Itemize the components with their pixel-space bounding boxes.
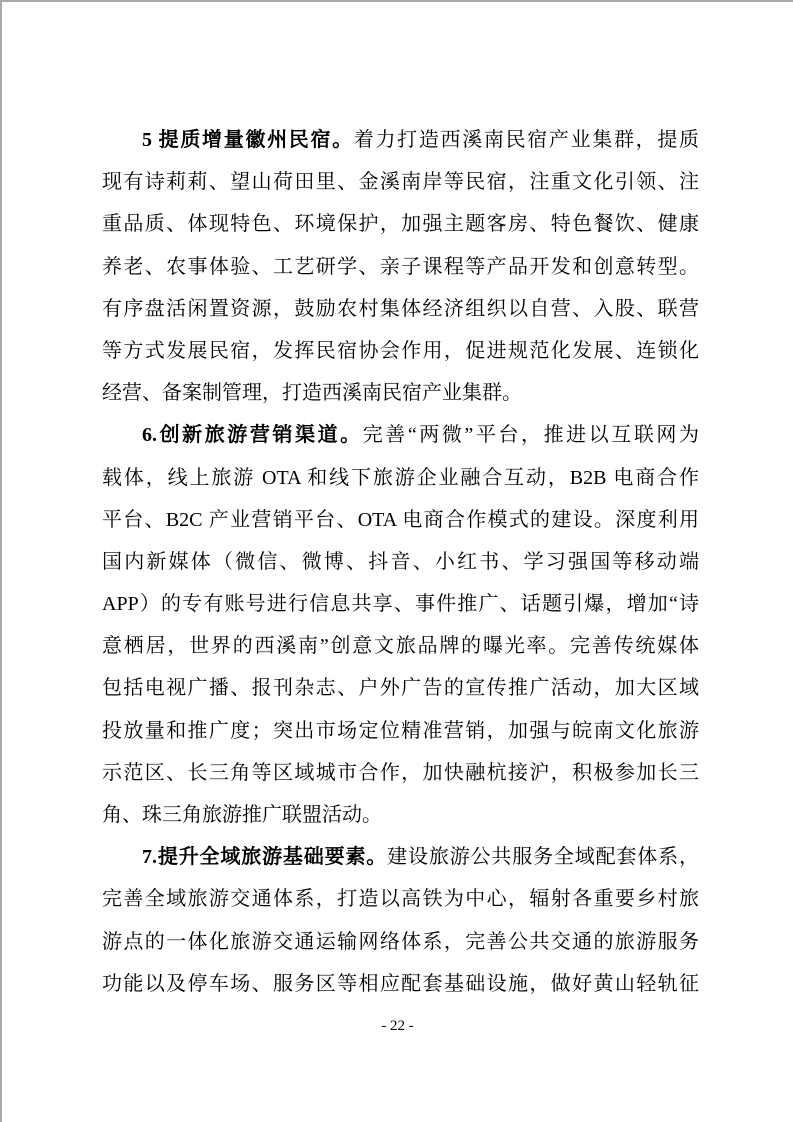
- line-text: 重品质、体现特色、环境保护，加强主题客房、特色餐饮、健康: [102, 213, 699, 235]
- text-line: 游点的一体化旅游交通运输网络体系，完善公共交通的旅游服务: [102, 921, 699, 963]
- text-line: 经营、备案制管理，打造西溪南民宿产业集群。: [102, 372, 699, 414]
- text-line: 重品质、体现特色、环境保护，加强主题客房、特色餐饮、健康: [102, 203, 699, 245]
- line-text: 游点的一体化旅游交通运输网络体系，完善公共交通的旅游服务: [102, 931, 699, 953]
- text-line: 6.创新旅游营销渠道。完善“两微”平台，推进以互联网为: [102, 414, 699, 456]
- line-text: 角、珠三角旅游推广联盟活动。: [102, 804, 382, 826]
- paragraph-7-heading: 7.提升全域旅游基础要素。: [142, 846, 387, 868]
- paragraph-6-heading: 6.创新旅游营销渠道。: [142, 424, 363, 446]
- line-text: 投放量和推广度；突出市场定位精准营销，加强与皖南文化旅游: [102, 720, 699, 742]
- line-text: 有序盘活闲置资源，鼓励农村集体经济组织以自营、入股、联营: [102, 298, 699, 320]
- line-text: 完善全域旅游交通体系，打造以高铁为中心，辐射各重要乡村旅: [102, 888, 699, 910]
- page-number: - 22 -: [2, 1016, 793, 1036]
- text-line: 7.提升全域旅游基础要素。建设旅游公共服务全域配套体系，: [102, 836, 699, 878]
- line-text: 养老、农事体验、工艺研学、亲子课程等产品开发和创意转型。: [102, 256, 699, 278]
- line-text: 功能以及停车场、服务区等相应配套基础设施，做好黄山轻轨征: [102, 973, 699, 995]
- text-line: 功能以及停车场、服务区等相应配套基础设施，做好黄山轻轨征: [102, 963, 699, 1005]
- text-line: 载体，线上旅游 OTA 和线下旅游企业融合互动，B2B 电商合作: [102, 457, 699, 499]
- text-line: 5 提质增量徽州民宿。着力打造西溪南民宿产业集群，提质: [102, 119, 699, 161]
- text-line: 完善全域旅游交通体系，打造以高铁为中心，辐射各重要乡村旅: [102, 878, 699, 920]
- text-line: 角、珠三角旅游推广联盟活动。: [102, 794, 699, 836]
- text-line: APP）的专有账号进行信息共享、事件推广、话题引爆，增加“诗: [102, 583, 699, 625]
- text-line: 投放量和推广度；突出市场定位精准营销，加强与皖南文化旅游: [102, 710, 699, 752]
- text-line: 国内新媒体（微信、微博、抖音、小红书、学习强国等移动端: [102, 541, 699, 583]
- document-text-block: 5 提质增量徽州民宿。着力打造西溪南民宿产业集群，提质 现有诗莉莉、望山荷田里、…: [102, 119, 699, 1005]
- line-text: 示范区、长三角等区域城市合作，加快融杭接沪，积极参加长三: [102, 762, 699, 784]
- line-text: 着力打造西溪南民宿产业集群，提质: [354, 129, 699, 151]
- text-line: 示范区、长三角等区域城市合作，加快融杭接沪，积极参加长三: [102, 752, 699, 794]
- line-text: 意栖居，世界的西溪南”创意文旅品牌的曝光率。完善传统媒体: [102, 635, 699, 657]
- text-line: 等方式发展民宿，发挥民宿协会作用，促进规范化发展、连锁化: [102, 330, 699, 372]
- text-line: 养老、农事体验、工艺研学、亲子课程等产品开发和创意转型。: [102, 246, 699, 288]
- line-text: 经营、备案制管理，打造西溪南民宿产业集群。: [102, 382, 522, 404]
- text-line: 平台、B2C 产业营销平台、OTA 电商合作模式的建设。深度利用: [102, 499, 699, 541]
- line-text: 建设旅游公共服务全域配套体系，: [387, 846, 699, 868]
- text-line: 意栖居，世界的西溪南”创意文旅品牌的曝光率。完善传统媒体: [102, 625, 699, 667]
- line-text: 完善“两微”平台，推进以互联网为: [363, 424, 699, 446]
- document-page: 5 提质增量徽州民宿。着力打造西溪南民宿产业集群，提质 现有诗莉莉、望山荷田里、…: [0, 0, 793, 1122]
- line-text: 国内新媒体（微信、微博、抖音、小红书、学习强国等移动端: [102, 551, 699, 573]
- text-line: 有序盘活闲置资源，鼓励农村集体经济组织以自营、入股、联营: [102, 288, 699, 330]
- line-text: 包括电视广播、报刊杂志、户外广告的宣传推广活动，加大区域: [102, 677, 699, 699]
- line-text: 现有诗莉莉、望山荷田里、金溪南岸等民宿，注重文化引领、注: [102, 171, 699, 193]
- paragraph-5-heading: 5 提质增量徽州民宿。: [142, 129, 354, 151]
- text-line: 现有诗莉莉、望山荷田里、金溪南岸等民宿，注重文化引领、注: [102, 161, 699, 203]
- line-text: APP）的专有账号进行信息共享、事件推广、话题引爆，增加“诗: [102, 593, 699, 615]
- line-text: 平台、B2C 产业营销平台、OTA 电商合作模式的建设。深度利用: [102, 509, 699, 531]
- text-line: 包括电视广播、报刊杂志、户外广告的宣传推广活动，加大区域: [102, 667, 699, 709]
- line-text: 等方式发展民宿，发挥民宿协会作用，促进规范化发展、连锁化: [102, 340, 699, 362]
- line-text: 载体，线上旅游 OTA 和线下旅游企业融合互动，B2B 电商合作: [102, 467, 699, 489]
